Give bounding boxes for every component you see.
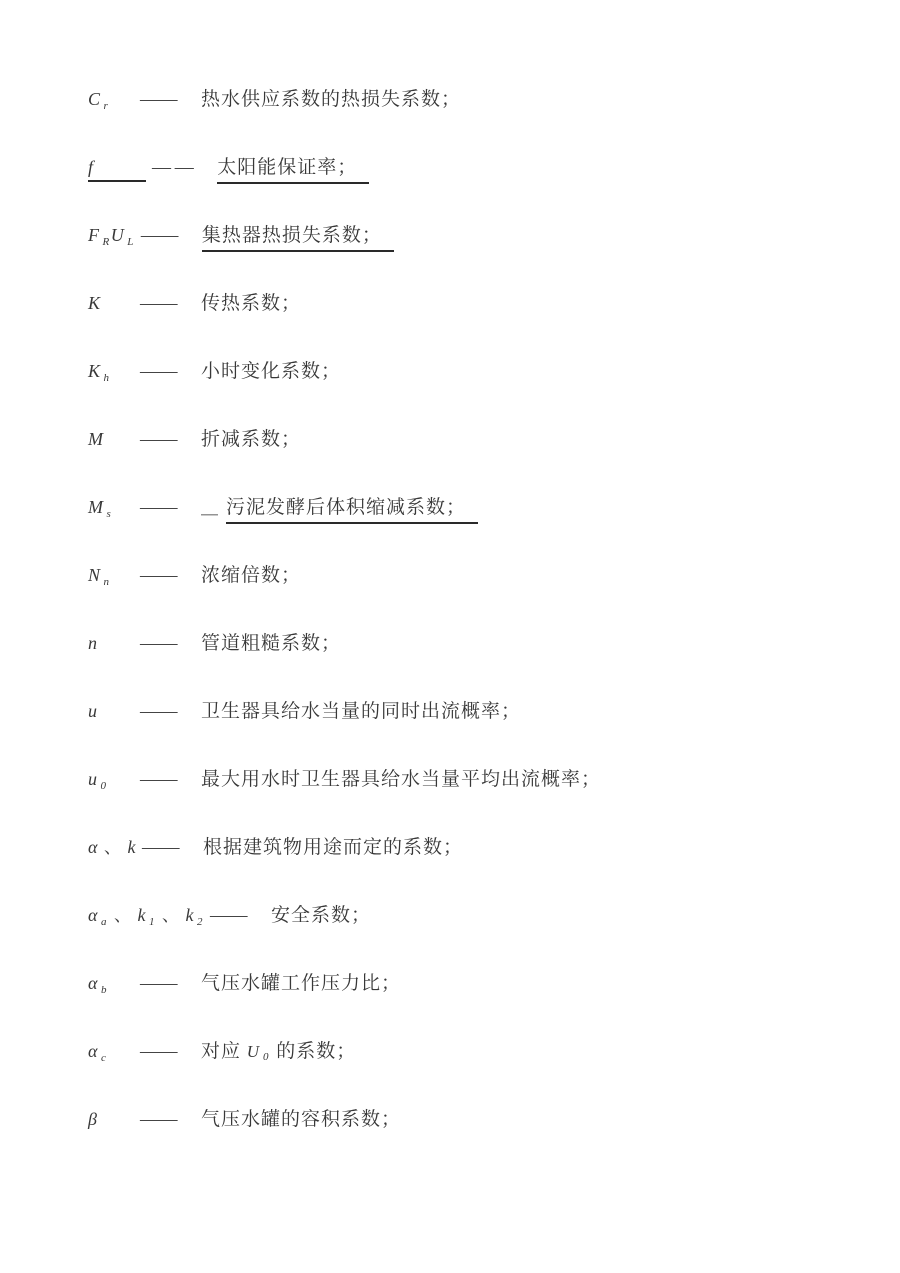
symbol-subscript: b — [101, 984, 107, 996]
symbol-definition-row: α、k —— 根据建筑物用途而定的系数； — [88, 832, 860, 900]
definition-dash: —— — [140, 361, 177, 383]
symbol-definition-row: Kh —— 小时变化系数； — [88, 356, 860, 424]
symbol-definition-row: n —— 管道粗糙系数； — [88, 628, 860, 696]
symbol-subscript: c — [101, 1052, 106, 1064]
symbol-definition-row: u0 —— 最大用水时卫生器具给水当量平均出流概率； — [88, 764, 860, 832]
symbol-base: f — [88, 157, 94, 177]
symbol-definition-row: αb —— 气压水罐工作压力比； — [88, 968, 860, 1036]
symbol-description: 卫生器具给水当量的同时出流概率； — [201, 696, 521, 723]
inline-symbol: U0 — [247, 1042, 271, 1061]
symbol-description: 小时变化系数； — [201, 356, 341, 383]
symbol-subscript: r — [104, 100, 109, 112]
symbol-base: k — [127, 837, 136, 857]
symbol-base: K — [88, 293, 101, 313]
symbol-description: 太阳能保证率； — [217, 152, 369, 184]
definition-dash: —— — [140, 701, 177, 723]
symbol-description: 污泥发酵后体积缩减系数； — [226, 492, 478, 524]
symbol: n — [88, 633, 134, 654]
symbol-definition-row: αa、k1、k2 —— 安全系数； — [88, 900, 860, 968]
symbol: FRUL — [88, 225, 135, 248]
symbol-separator: 、 — [104, 838, 122, 857]
symbol-subscript: R — [103, 236, 110, 248]
definition-dash: —— — [140, 633, 177, 655]
symbol-subscript: 1 — [149, 916, 155, 928]
symbol-separator: 、 — [114, 906, 132, 925]
symbol-base: α — [88, 837, 98, 857]
symbol-base: u — [88, 701, 98, 721]
symbol-definition-row: FRUL —— 集热器热损失系数； — [88, 220, 860, 288]
symbol-definition-row: M —— 折减系数； — [88, 424, 860, 492]
symbol-description: 管道粗糙系数； — [201, 628, 341, 655]
symbol: Cr — [88, 89, 134, 112]
symbol-base: F — [88, 225, 100, 245]
symbol-description: 对应 U0 的系数； — [201, 1036, 356, 1063]
symbol-base: α — [88, 905, 98, 925]
symbol-definition-row: K —— 传热系数； — [88, 288, 860, 356]
definition-dash: — — — [152, 157, 193, 179]
symbol-subscript: s — [107, 508, 112, 520]
symbol-base: U — [247, 1042, 260, 1061]
symbol: αc — [88, 1041, 134, 1064]
symbol-base: K — [88, 361, 101, 381]
symbol-base: β — [88, 1109, 97, 1129]
symbol-base: u — [88, 769, 98, 789]
symbol-description: 热水供应系数的热损失系数； — [201, 84, 461, 111]
symbol-description: 根据建筑物用途而定的系数； — [203, 832, 463, 859]
definition-dash: —— — [210, 905, 247, 927]
symbol-definition-row: Nn —— 浓缩倍数； — [88, 560, 860, 628]
symbol-description: 气压水罐的容积系数； — [201, 1104, 401, 1131]
definition-dash: —— — [140, 769, 177, 791]
symbol-subscript: 0 — [263, 1051, 270, 1063]
description-prefix-underscore: ＿ — [201, 493, 218, 518]
definition-dash: —— — [142, 837, 179, 859]
symbol-definition-row: Ms —— ＿ 污泥发酵后体积缩减系数； — [88, 492, 860, 560]
symbol-base: C — [88, 89, 101, 109]
symbol-base: M — [88, 497, 104, 517]
symbol: αa、k1、k2 — [88, 901, 204, 928]
symbol: f — [88, 157, 146, 182]
symbol-subscript: n — [104, 576, 110, 588]
symbol-base: N — [88, 565, 101, 585]
symbol-subscript: 0 — [101, 780, 107, 792]
symbol-base: α — [88, 1041, 98, 1061]
definition-dash: —— — [140, 1109, 177, 1131]
symbol-base: α — [88, 973, 98, 993]
definition-dash: —— — [140, 565, 177, 587]
definition-dash: —— — [140, 1041, 177, 1063]
symbol-base: k — [137, 905, 146, 925]
symbol: K — [88, 293, 134, 314]
symbol-list: Cr —— 热水供应系数的热损失系数； f — — 太阳能保证率； FRUL —… — [88, 84, 860, 1172]
symbol-description: 折减系数； — [201, 424, 301, 451]
symbol: β — [88, 1109, 134, 1130]
symbol-base: M — [88, 429, 104, 449]
symbol-definition-row: Cr —— 热水供应系数的热损失系数； — [88, 84, 860, 152]
symbol: M — [88, 429, 134, 450]
symbol-separator: 、 — [162, 906, 180, 925]
symbol: α、k — [88, 833, 136, 858]
symbol-definition-row: β —— 气压水罐的容积系数； — [88, 1104, 860, 1172]
symbol-subscript: 2 — [197, 916, 203, 928]
symbol-subscript: a — [101, 916, 107, 928]
symbol: Ms — [88, 497, 134, 520]
description-text: 对应 — [201, 1041, 247, 1062]
symbol-description: 传热系数； — [201, 288, 301, 315]
symbol-subscript: L — [127, 236, 134, 248]
symbol-description: 浓缩倍数； — [201, 560, 301, 587]
symbol: αb — [88, 973, 134, 996]
symbol-definition-row: αc —— 对应 U0 的系数； — [88, 1036, 860, 1104]
symbol-subscript: h — [104, 372, 110, 384]
definition-dash: —— — [140, 973, 177, 995]
symbol-description: 气压水罐工作压力比； — [201, 968, 401, 995]
symbol: Nn — [88, 565, 134, 588]
symbol: u0 — [88, 769, 134, 792]
definition-dash: —— — [140, 293, 177, 315]
symbol-base: k — [185, 905, 194, 925]
symbol-definition-row: u —— 卫生器具给水当量的同时出流概率； — [88, 696, 860, 764]
symbol: u — [88, 701, 134, 722]
description-text: 的系数； — [271, 1041, 357, 1062]
symbol-description: 集热器热损失系数； — [202, 220, 394, 252]
definition-dash: —— — [140, 429, 177, 451]
symbol-definitions-page: Cr —— 热水供应系数的热损失系数； f — — 太阳能保证率； FRUL —… — [0, 0, 900, 1172]
symbol-base: n — [88, 633, 98, 653]
symbol-base: U — [111, 225, 125, 245]
definition-dash: —— — [141, 225, 178, 247]
symbol-definition-row: f — — 太阳能保证率； — [88, 152, 860, 220]
symbol-description: 最大用水时卫生器具给水当量平均出流概率； — [201, 764, 601, 791]
symbol-description: 安全系数； — [271, 900, 371, 927]
definition-dash: —— — [140, 497, 177, 519]
definition-dash: —— — [140, 89, 177, 111]
symbol: Kh — [88, 361, 134, 384]
